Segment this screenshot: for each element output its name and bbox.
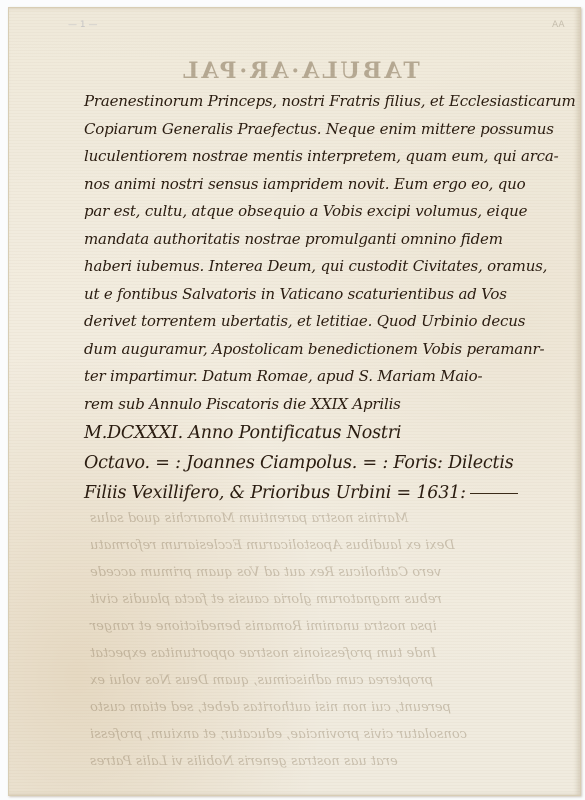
bleed-through-text: Marinis nostra parentium Monarchis quod … xyxy=(90,505,530,775)
bleed-line: Inde tum professionis nostrae opportunit… xyxy=(90,640,530,667)
letter-line: ter impartimur. Datum Romae, apud S. Mar… xyxy=(84,363,580,391)
bleed-line: erat uas nostras generis Nobilis vi Lali… xyxy=(90,748,530,775)
letter-line: mandata authoritatis nostrae promulganti… xyxy=(84,226,580,254)
letter-line: haberi iubemus. Interea Deum, qui custod… xyxy=(84,253,580,281)
letter-line: luculentiorem nostrae mentis interpretem… xyxy=(84,143,580,171)
bleed-line: ipsa nostra unanimi Romanis benedictione… xyxy=(90,613,530,640)
letter-body: Praenestinorum Princeps, nostri Fratris … xyxy=(84,88,580,508)
letter-line: Copiarum Generalis Praefectus. Neque eni… xyxy=(84,116,580,144)
letter-line: par est, cultu, atque obsequio a Vobis e… xyxy=(84,198,580,226)
stamp-bleed-through: TABULA·AR·PAL xyxy=(180,58,420,84)
bleed-line: rebus magnatorum gloria causis et facta … xyxy=(90,586,530,613)
bleed-line: pereunt, cui non nisi authoritas debet, … xyxy=(90,694,530,721)
letter-line: derivet torrentem ubertatis, et letitiae… xyxy=(84,308,580,336)
bleed-line: consolatur civis provinciae, educatur, e… xyxy=(90,721,530,748)
archive-corner-mark-right: AA xyxy=(552,20,565,30)
archive-corner-mark: — 1 — xyxy=(68,20,97,30)
bleed-line: Dexi ex laudibus Apostolicarum Ecclesiar… xyxy=(90,532,530,559)
signature-line: Octavo. = : Joannes Ciampolus. = : Foris… xyxy=(84,448,580,478)
letter-line: dum auguramur, Apostolicam benedictionem… xyxy=(84,336,580,364)
address-line: Filiis Vexillifero, & Prioribus Urbini =… xyxy=(84,478,580,508)
bleed-line: propterea cum adhiscimus, quam Deus Nos … xyxy=(90,667,530,694)
bleed-line: vero Catholicus Rex aut ad Vos quam prim… xyxy=(90,559,530,586)
letter-line: ut e fontibus Salvatoris in Vaticano sca… xyxy=(84,281,580,309)
address-text: Filiis Vexillifero, & Prioribus Urbini =… xyxy=(84,483,466,503)
letter-line: rem sub Annulo Piscatoris die XXIX April… xyxy=(84,391,580,419)
letter-line: nos animi nostri sensus iampridem novit.… xyxy=(84,171,580,199)
date-line: M.DCXXXI. Anno Pontificatus Nostri xyxy=(84,418,580,448)
bleed-line: Marinis nostra parentium Monarchis quod … xyxy=(90,505,530,532)
letter-line: Praenestinorum Princeps, nostri Fratris … xyxy=(84,88,580,116)
closing-rule xyxy=(470,493,518,494)
